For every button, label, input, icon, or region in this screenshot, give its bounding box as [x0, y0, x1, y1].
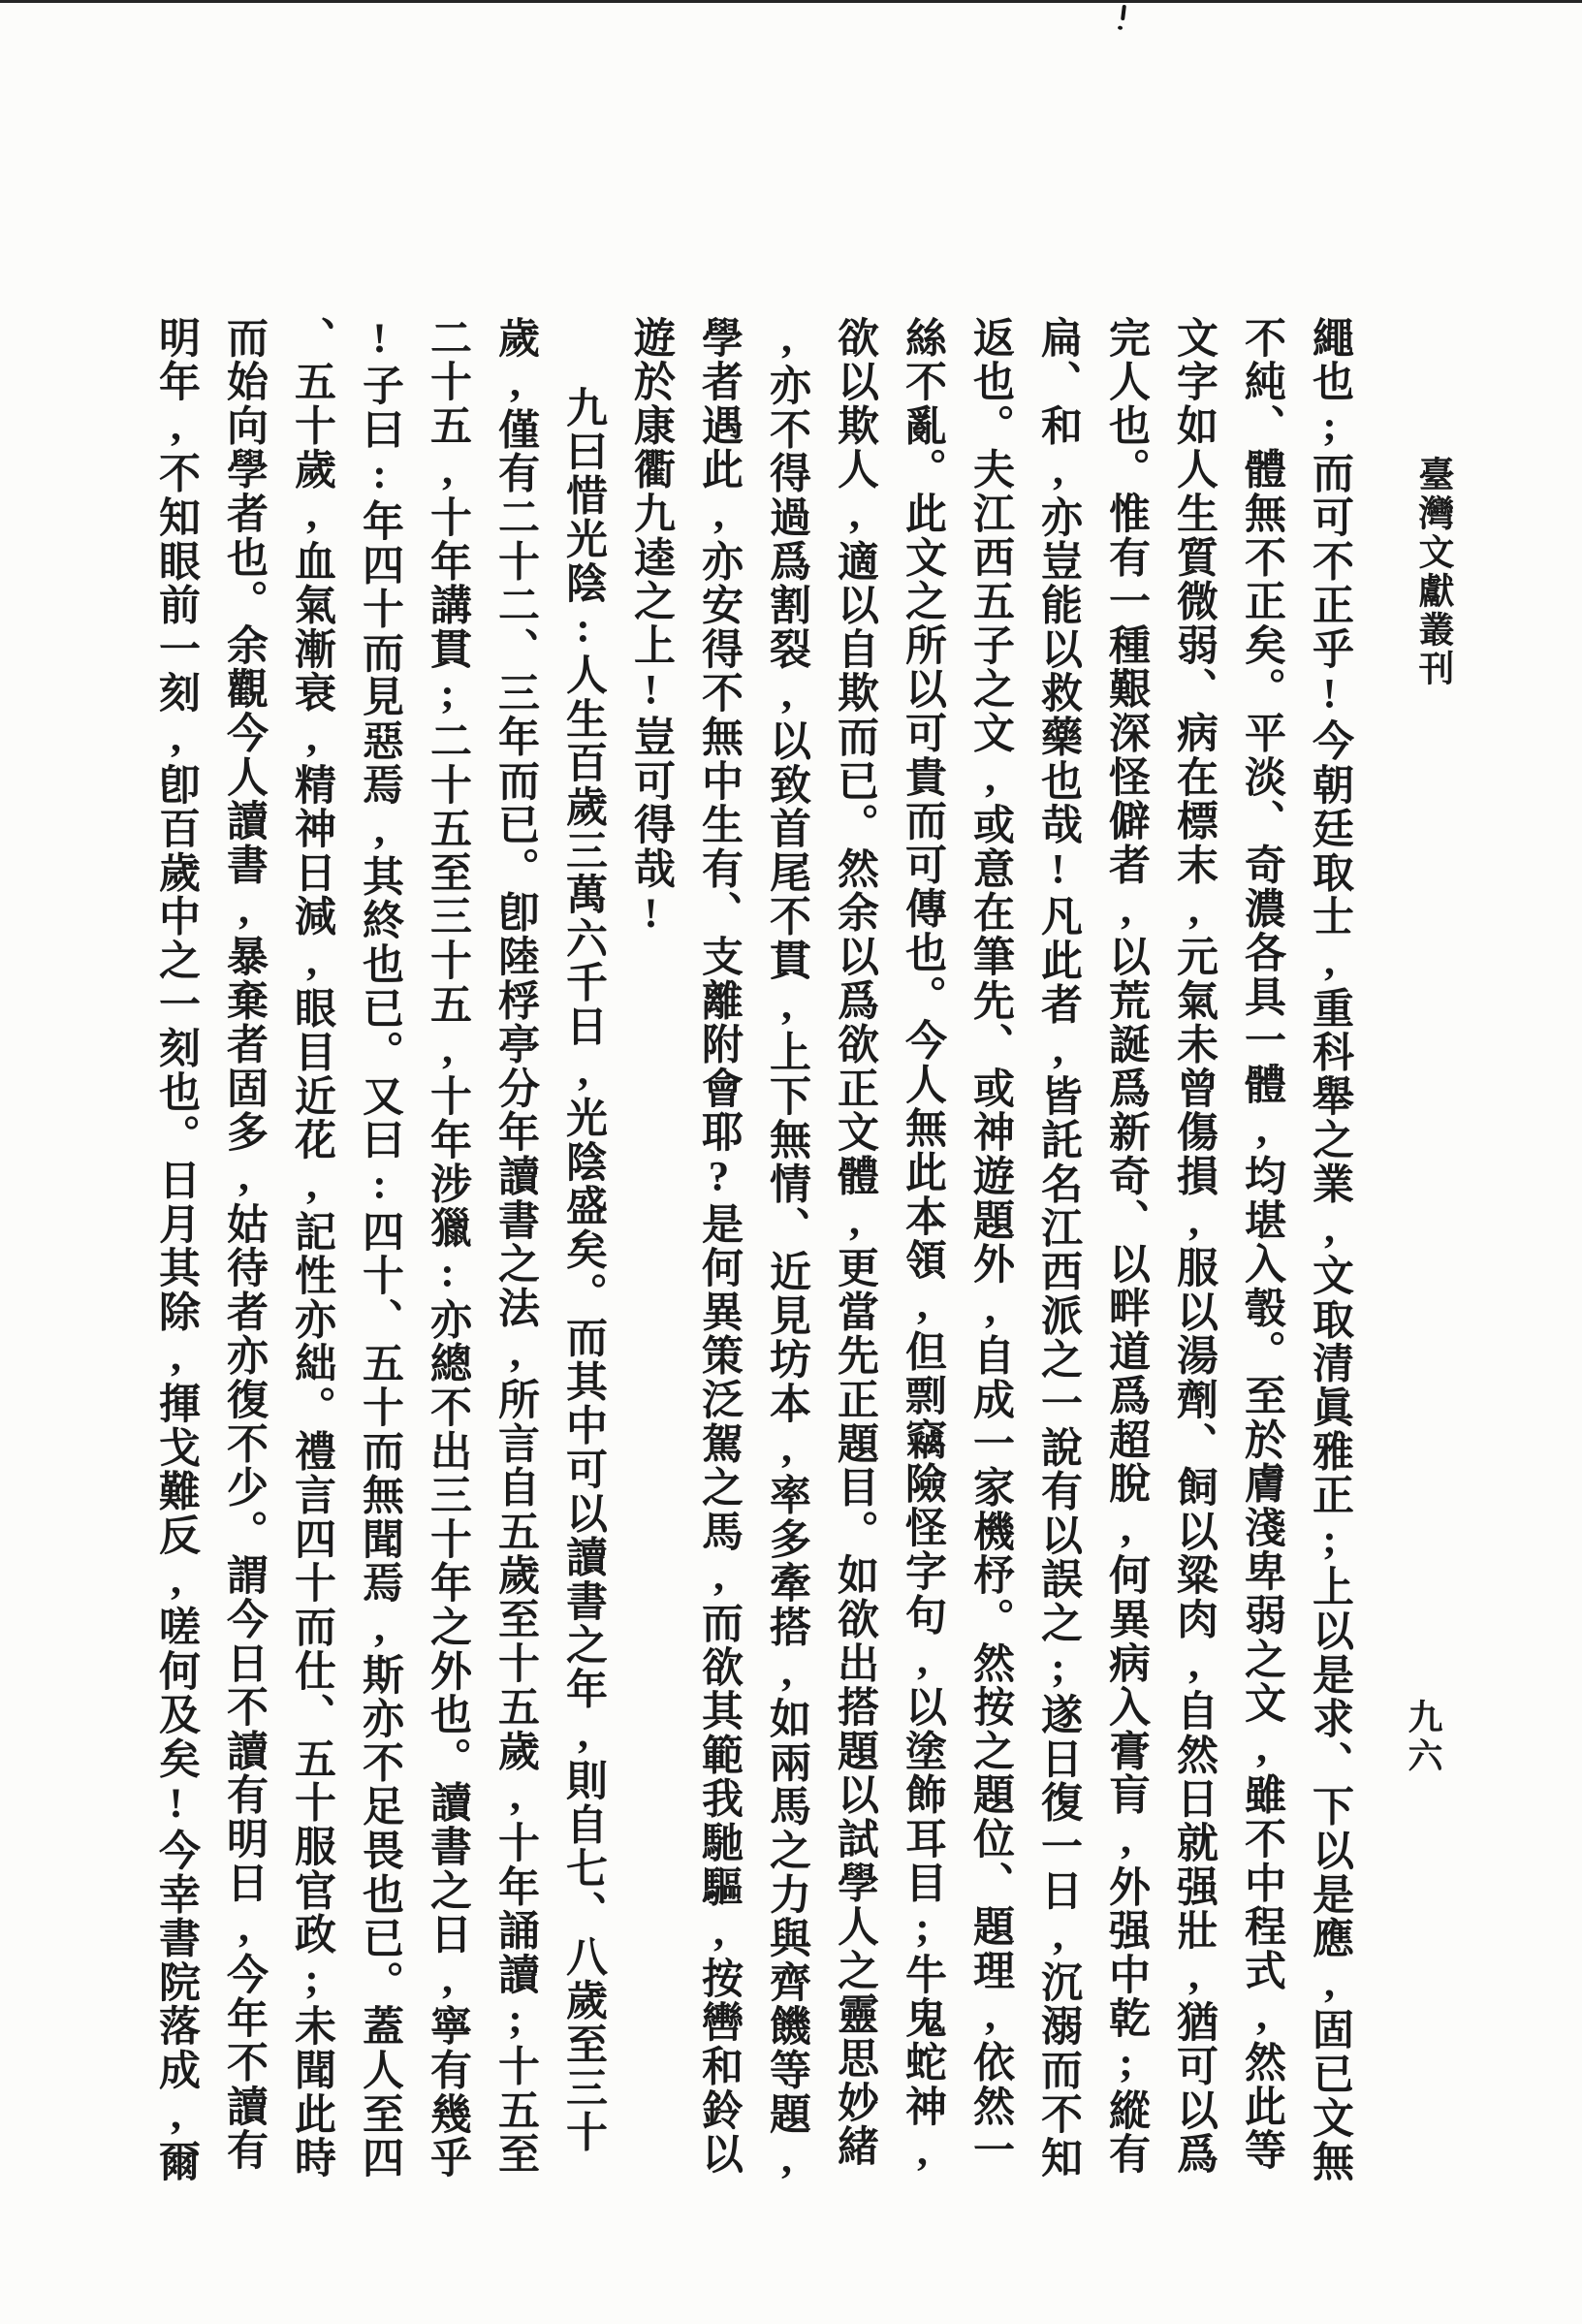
- page-number: 九六: [1399, 1699, 1448, 1776]
- text-column: 完人也。惟有一種艱深怪僻者,以荒誕爲新奇、以畔道爲超脫,何異病入膏肓,外强中乾;…: [1092, 316, 1159, 2197]
- text-column: 文字如人生質微弱、病在標末,元氣未曾傷損,服以湯劑、飼以粱肉,自然日就强壯,猶可…: [1159, 316, 1227, 2197]
- text-column: 二十五,十年講貫;二十五至三十五,十年涉獵:亦總不出三十年之外也。讀書之日,寧有…: [413, 316, 481, 2197]
- text-column: !子曰:年四十而見惡焉,其終也已。又曰:四十、五十而無聞焉,斯亦不足畏也已。蓋人…: [345, 316, 413, 2197]
- ink-speck: [1121, 5, 1126, 20]
- text-block: 繩也;而可不正乎!今朝廷取士,重科舉之業,文取清眞雅正;上以是求、下以是應,固已…: [142, 316, 1363, 2197]
- text-column: 明年,不知眼前一刻,卽百歲中之一刻也。日月其除,揮戈難反,嗟何及矣!今幸書院落成…: [142, 316, 209, 2197]
- text-column: 、五十歲,血氣漸衰,精神日減,眼目近花,記性亦絀。禮言四十而仕、五十服官政;未聞…: [277, 316, 345, 2197]
- text-column: 遊於康衢九逵之上!豈可得哉!: [617, 316, 684, 2197]
- text-column: 不純、體無不正矣。平淡、奇濃各具一體,均堪入彀。至於膚淺卑弱之文,雖不中程式,然…: [1227, 316, 1295, 2197]
- text-column: ,亦不得過爲割裂,以致首尾不貫,上下無情、近見坊本,率多牽搭,如兩馬之力與齊饑等…: [752, 316, 820, 2197]
- text-column: 繩也;而可不正乎!今朝廷取士,重科舉之業,文取清眞雅正;上以是求、下以是應,固已…: [1295, 316, 1363, 2197]
- text-column: 返也。夫江西五子之文,或意在筆先、或神遊題外,自成一家機杼。然按之題位、題理,依…: [956, 316, 1024, 2197]
- text-column: 歲,僅有二十二、三年而已。卽陸桴亭分年讀書之法,所言自五歲至十五歲,十年誦讀;十…: [481, 316, 549, 2197]
- scanned-book-page: 臺灣文獻叢刊 九六 繩也;而可不正乎!今朝廷取士,重科舉之業,文取清眞雅正;上以…: [0, 0, 1582, 2324]
- text-column: 絲不亂。此文之所以可貴而可傳也。今人無此本領,但剽竊險怪字句,以塗飾耳目;牛鬼蛇…: [888, 316, 956, 2197]
- text-column: 學者遇此,亦安得不無中生有、支離附會耶?是何異策泛駕之馬,而欲其範我馳驅,按轡和…: [684, 316, 752, 2197]
- text-column: 扁、和,亦豈能以救藥也哉!凡此者,皆託名江西派之一說有以誤之;遂日復一日,沉溺而…: [1024, 316, 1092, 2197]
- scan-edge-line: [0, 0, 1582, 3]
- text-column-paragraph-start: 九曰惜光陰:人生百歲三萬六千日,光陰盛矣。而其中可以讀書之年,則自七、八歲至三十: [549, 316, 617, 2197]
- series-title: 臺灣文獻叢刊: [1406, 456, 1458, 688]
- text-column: 欲以欺人,適以自欺而已。然余以爲欲正文體,更當先正題目。如欲出搭題以試學人之靈思…: [820, 316, 888, 2197]
- text-column: 而始向學者也。余觀今人讀書,暴棄者固多,姑待者亦復不少。謂今日不讀有明日,今年不…: [209, 316, 277, 2197]
